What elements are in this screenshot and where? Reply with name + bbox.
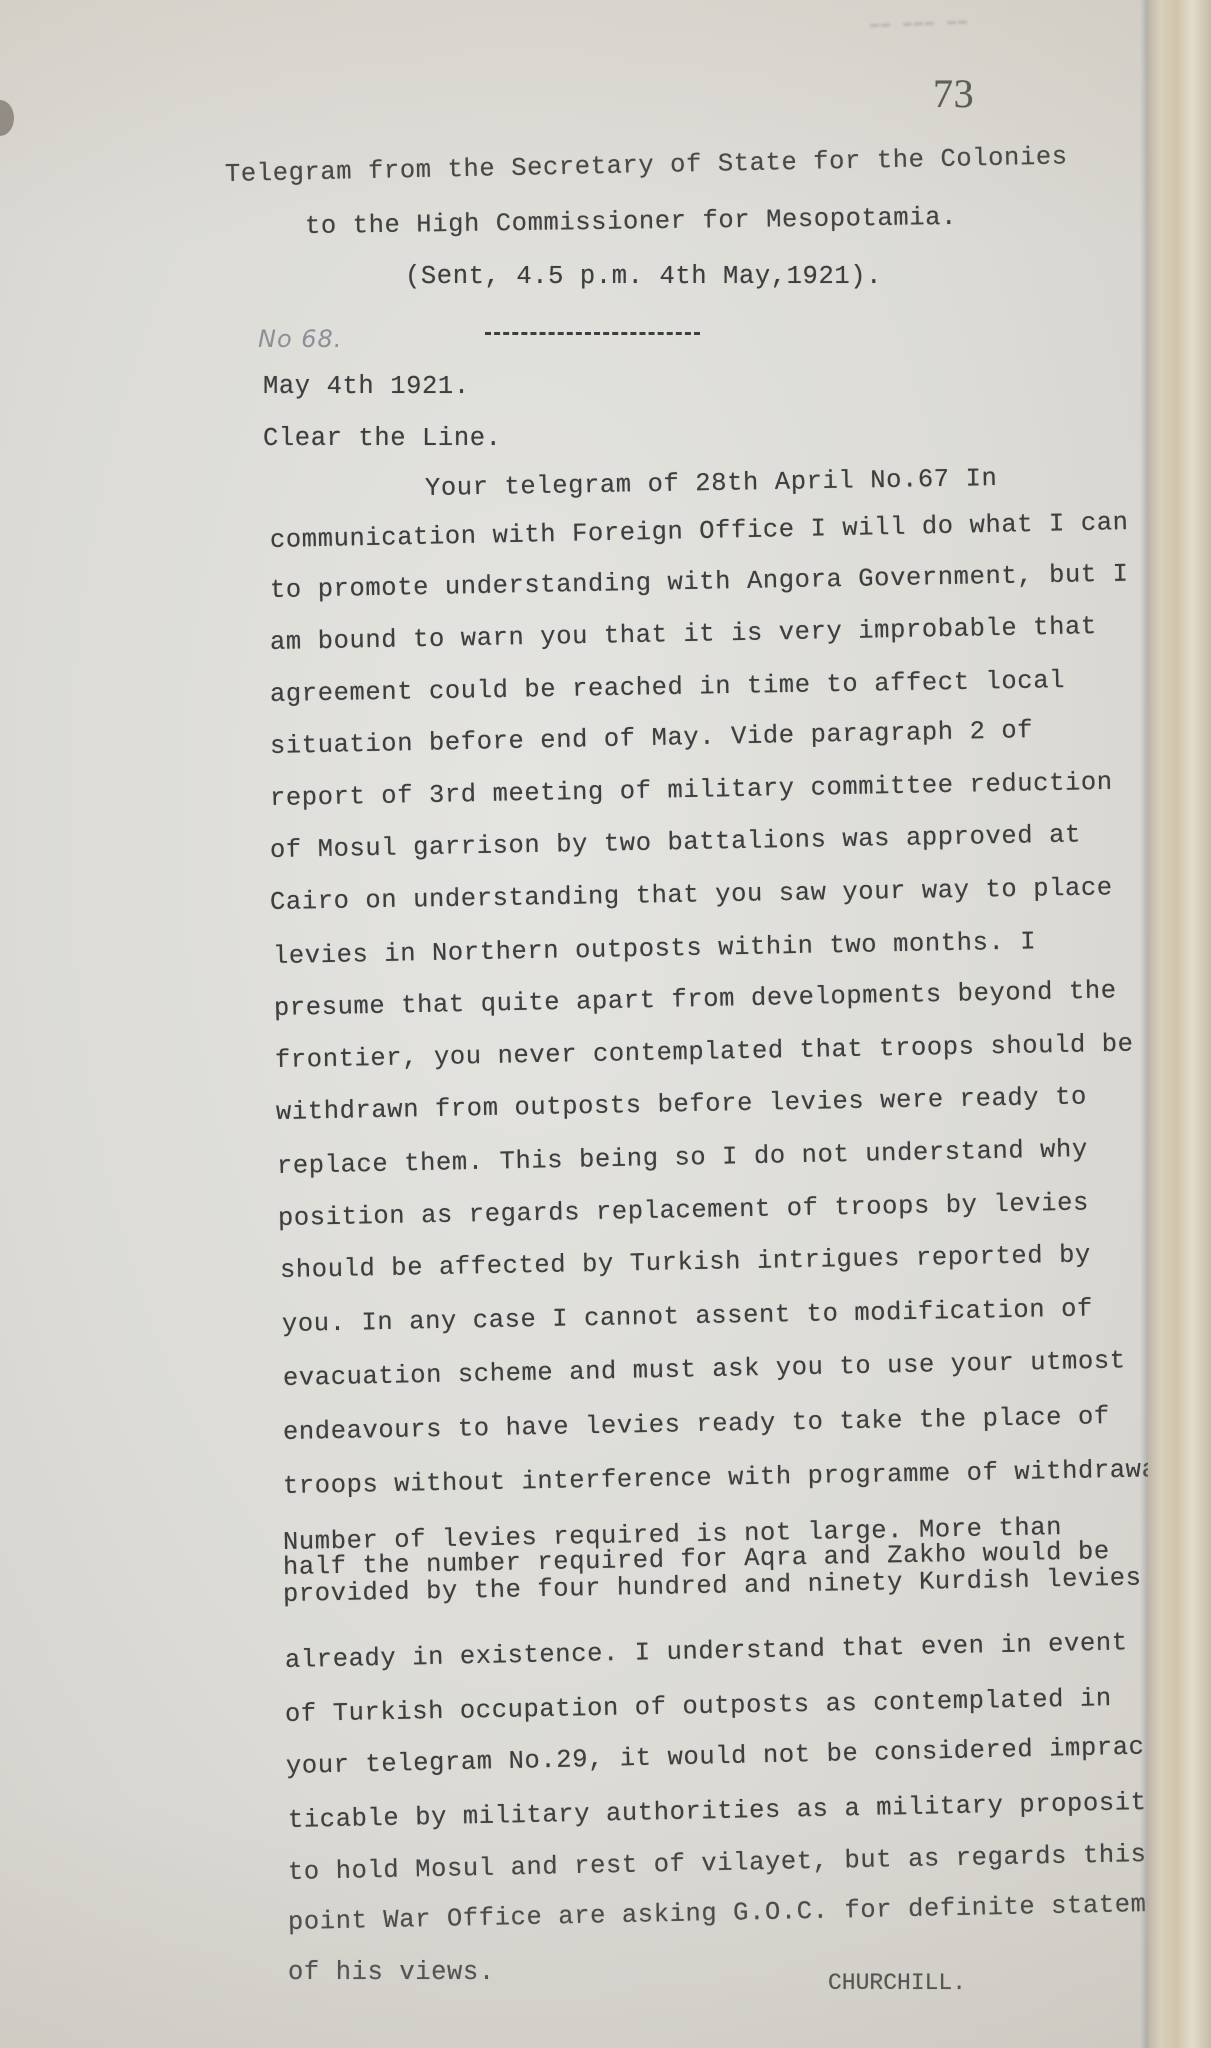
body-line: agreement could be reached in time to af…	[270, 666, 1066, 709]
body-line: position as regards replacement of troop…	[278, 1188, 1089, 1233]
body-line: communication with Foreign Office I will…	[270, 508, 1129, 555]
body-line: presume that quite apart from developmen…	[274, 976, 1117, 1023]
body-line: to hold Mosul and rest of vilayet, but a…	[288, 1840, 1147, 1887]
page-number: 73	[933, 70, 974, 117]
body-line: troops without interference with program…	[283, 1455, 1190, 1501]
body-line: levies in Northern outposts within two m…	[273, 927, 1037, 971]
header-line-1: Telegram from the Secretary of State for…	[225, 142, 1068, 189]
body-line: endeavours to have levies ready to take …	[283, 1402, 1110, 1447]
body-line: your telegram No.29, it would not be con…	[286, 1732, 1161, 1781]
body-line: of Turkish occupation of outposts as con…	[285, 1684, 1112, 1729]
body-line: should be affected by Turkish intrigues …	[280, 1240, 1091, 1285]
body-line: frontier, you never contemplated that tr…	[275, 1030, 1134, 1075]
body-line: to promote understanding with Angora Gov…	[270, 560, 1129, 605]
body-line: report of 3rd meeting of military commit…	[270, 768, 1113, 813]
header-line-2: to the High Commissioner for Mesopotamia…	[305, 203, 957, 241]
signature: CHURCHILL.	[828, 1970, 966, 1996]
body-line: of Mosul garrison by two battalions was …	[270, 820, 1081, 865]
punch-hole	[0, 100, 14, 136]
header-line-3: (Sent, 4.5 p.m. 4th May,1921).	[405, 262, 882, 291]
body-line: am bound to warn you that it is very imp…	[270, 612, 1097, 657]
document-page: ▬▬ ▬▬▬ ▬▬ 73 Telegram from the Secretary…	[0, 0, 1160, 2048]
body-line: you. In any case I cannot assent to modi…	[282, 1294, 1093, 1339]
bleed-through-text: ▬▬ ▬▬▬ ▬▬	[870, 8, 1091, 40]
date-line: May 4th 1921.	[263, 372, 470, 401]
body-line: situation before end of May. Vide paragr…	[270, 716, 1034, 761]
handwritten-number: No 68.	[258, 325, 342, 353]
body-line: ticable by military authorities as a mil…	[288, 1787, 1195, 1835]
body-line: evacuation scheme and must ask you to us…	[283, 1346, 1126, 1393]
body-line: replace them. This being so I do not und…	[277, 1135, 1088, 1181]
body-line: already in existence. I understand that …	[285, 1628, 1128, 1675]
body-line: point War Office are asking G.O.C. for d…	[288, 1889, 1195, 1937]
priority-line: Clear the Line.	[263, 424, 502, 453]
body-line: withdrawn from outposts before levies we…	[276, 1082, 1087, 1127]
body-line: Your telegram of 28th April No.67 In	[425, 464, 998, 503]
binding-edge	[1148, 0, 1211, 2048]
body-line: Cairo on understanding that you saw your…	[270, 873, 1113, 917]
body-line: of his views.	[288, 1958, 495, 1987]
divider	[485, 332, 700, 335]
